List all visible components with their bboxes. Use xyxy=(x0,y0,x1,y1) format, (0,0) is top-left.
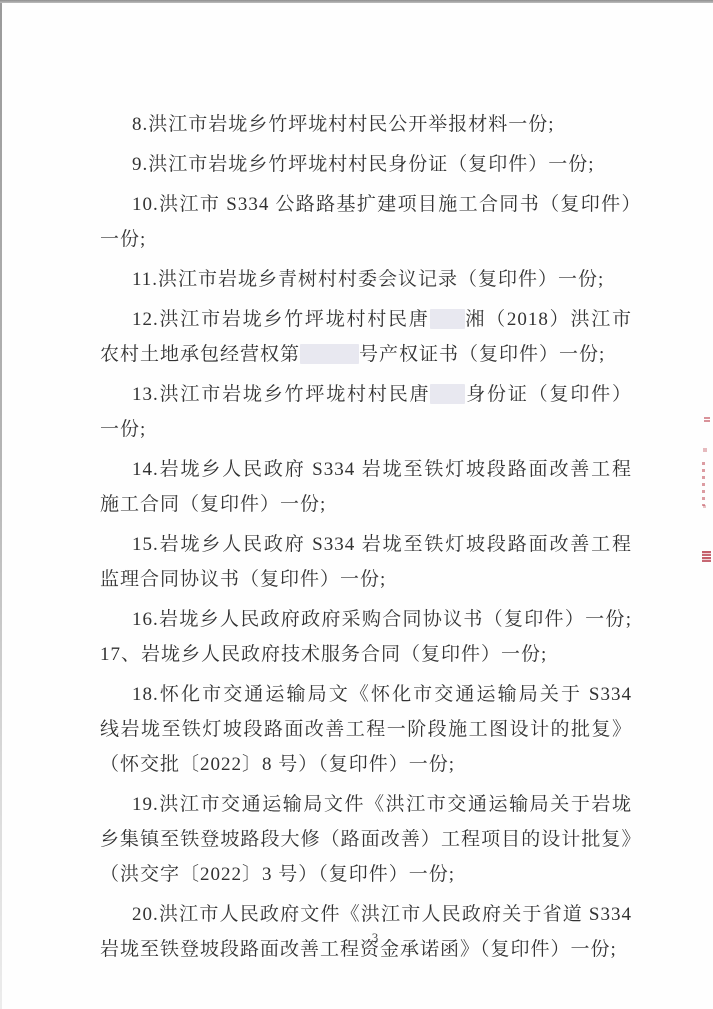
list-item-8: 8.洪江市岩垅乡竹坪垅村村民公开举报材料一份; xyxy=(100,107,632,142)
scan-edge-left xyxy=(0,3,2,1009)
document-body: 8.洪江市岩垅乡竹坪垅村村民公开举报材料一份; 9.洪江市岩垅乡竹坪垅村村民身份… xyxy=(100,107,632,967)
list-item-10: 10.洪江市 S334 公路路基扩建项目施工合同书（复印件）一份; xyxy=(100,187,632,257)
page-number: 3 xyxy=(340,928,410,948)
red-stamp-fragment xyxy=(702,551,711,563)
scanned-document-page: 8.洪江市岩垅乡竹坪垅村村民公开举报材料一份; 9.洪江市岩垅乡竹坪垅村村民身份… xyxy=(0,0,713,1009)
list-item-12-text-post: 号产权证书（复印件）一份; xyxy=(359,344,605,365)
redaction-box-name xyxy=(430,384,465,404)
list-item-11: 11.洪江市岩垅乡青树村村委会议记录（复印件）一份; xyxy=(100,262,632,297)
list-item-12-text-pre: 12.洪江市岩垅乡竹坪垅村村民唐 xyxy=(132,309,430,330)
red-stamp-fragment xyxy=(704,417,710,422)
red-stamp-fragment xyxy=(703,448,707,452)
list-item-19: 19.洪江市交通运输局文件《洪江市交通运输局关于岩垅乡集镇至铁登坡路段大修（路面… xyxy=(100,787,632,892)
list-item-9: 9.洪江市岩垅乡竹坪垅村村民身份证（复印件）一份; xyxy=(100,147,632,182)
list-item-13: 13.洪江市岩垅乡竹坪垅村村民唐身份证（复印件）一份; xyxy=(100,377,632,447)
list-item-15: 15.岩垅乡人民政府 S334 岩垅至铁灯坡段路面改善工程监理合同协议书（复印件… xyxy=(100,527,632,597)
list-item-13-text-pre: 13.洪江市岩垅乡竹坪垅村村民唐 xyxy=(132,384,430,405)
red-stamp-fragment xyxy=(703,505,706,508)
scan-edge-top xyxy=(0,0,713,3)
list-item-18: 18.怀化市交通运输局文《怀化市交通运输局关于 S334 线岩垅至铁灯坡段路面改… xyxy=(100,677,632,782)
red-stamp-fragment xyxy=(702,462,705,506)
list-item-14: 14.岩垅乡人民政府 S334 岩垅至铁灯坡段路面改善工程施工合同（复印件）一份… xyxy=(100,452,632,522)
redaction-box-certificate-number xyxy=(300,344,359,364)
list-item-16-17: 16.岩垅乡人民政府政府采购合同协议书（复印件）一份; 17、岩垅乡人民政府技术… xyxy=(100,602,632,672)
list-item-12: 12.洪江市岩垅乡竹坪垅村村民唐湘（2018）洪江市农村土地承包经营权第号产权证… xyxy=(100,302,632,372)
redaction-box-name xyxy=(430,309,465,329)
